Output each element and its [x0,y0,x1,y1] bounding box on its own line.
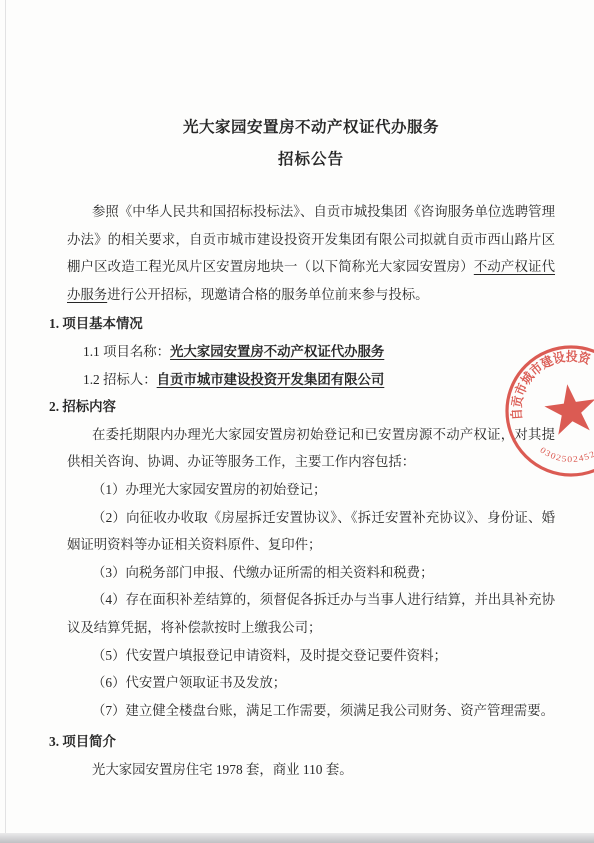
document-subtitle: 招标公告 [67,144,555,176]
work-item-4: （4）存在面积补差结算的，须督促各拆迁办与当事人进行结算，并出具补充协议及结算凭… [67,586,555,641]
work-item-6: （6）代安置户领取证书及发放； [67,669,555,697]
intro-paragraph: 参照《中华人民共和国招标投标法》、自贡市城投集团《咨询服务单位选聘管理办法》的相… [67,198,555,308]
section2-intro-paragraph: 在委托期限内办理光大家园安置房初始登记和已安置房源不动产权证，对其提供相关咨询、… [67,421,555,476]
intro-text-2: 进行公开招标，现邀请合格的服务单位前来参与投标。 [107,287,428,302]
section3-paragraph: 光大家园安置房住宅 1978 套，商业 110 套。 [67,756,555,784]
tenderer-value: 自贡市城市建设投资开发集团有限公司 [157,372,385,387]
project-name-label: 1.1 项目名称： [83,344,170,359]
project-name-row: 1.1 项目名称：光大家园安置房不动产权证代办服务 [83,338,555,366]
section3-heading: 3. 项目简介 [49,728,555,756]
document-content: 光大家园安置房不动产权证代办服务 招标公告 参照《中华人民共和国招标投标法》、自… [0,112,594,783]
work-item-3: （3）向税务部门申报、代缴办证所需的相关资料和税费； [67,559,555,587]
work-item-5: （5）代安置户填报登记申请资料，及时提交登记要件资料； [67,642,555,670]
section2-heading: 2. 招标内容 [49,393,555,421]
work-item-7: （7）建立健全楼盘台账，满足工作需要，须满足我公司财务、资产管理需要。 [67,697,555,725]
section1-heading: 1. 项目基本情况 [49,310,555,338]
work-item-1: （1）办理光大家园安置房的初始登记； [67,476,555,504]
work-item-2: （2）向征收办收取《房屋拆迁安置协议》、《拆迁安置补充协议》、身份证、婚姻证明资… [67,504,555,559]
document-page: 光大家园安置房不动产权证代办服务 招标公告 参照《中华人民共和国招标投标法》、自… [0,0,594,843]
page-bottom-scan-edge [0,833,594,843]
tenderer-label: 1.2 招标人： [83,372,157,387]
project-name-value: 光大家园安置房不动产权证代办服务 [170,344,384,359]
tenderer-row: 1.2 招标人：自贡市城市建设投资开发集团有限公司 [83,366,555,394]
document-title: 光大家园安置房不动产权证代办服务 [67,112,555,144]
